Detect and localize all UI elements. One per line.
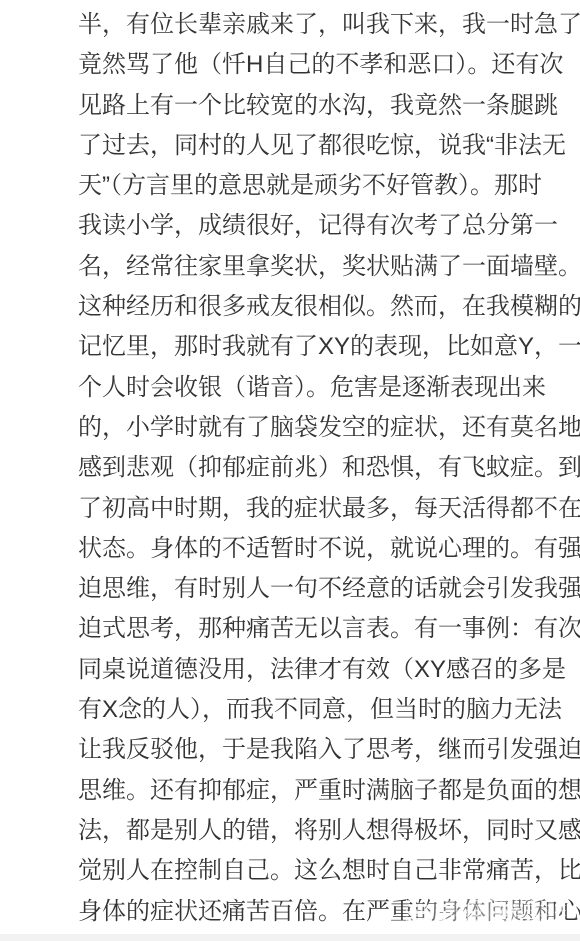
bottom-edge-strip xyxy=(0,934,580,941)
text-line: 同桌说道德没用，法律才有效（XY感召的多是 xyxy=(78,650,580,690)
text-line: 见路上有一个比较宽的水沟，我竟然一条腿跳 xyxy=(78,86,580,126)
text-line: 我读小学，成绩很好，记得有次考了总分第一 xyxy=(78,206,580,246)
reading-page: 半，有位长辈亲戚来了，叫我下来，我一时急了 竟然骂了他（忏H自己的不孝和恶口）。… xyxy=(0,0,580,941)
text-line: 了初高中时期，我的症状最多，每天活得都不在 xyxy=(78,489,580,529)
text-line: 感到悲观（抑郁症前兆）和恐惧，有飞蚊症。到 xyxy=(78,448,580,488)
text-line: 记忆里，那时我就有了XY的表现，比如意Y，一 xyxy=(78,327,580,367)
text-line: 觉别人在控制自己。这么想时自己非常痛苦，比 xyxy=(78,851,580,891)
text-line: 让我反驳他，于是我陷入了思考，继而引发强迫 xyxy=(78,730,580,770)
text-line: 思维。还有抑郁症，严重时满脑子都是负面的想 xyxy=(78,771,580,811)
text-line: 个人时会收银（谐音）。危害是逐渐表现出来 xyxy=(78,368,580,408)
text-line: 迫思维，有时别人一句不经意的话就会引发我强 xyxy=(78,569,580,609)
text-line: 这种经历和很多戒友很相似。然而，在我模糊的 xyxy=(78,287,580,327)
text-line: 天”（方言里的意思就是顽劣不好管教）。那时 xyxy=(78,166,580,206)
text-line: 有X念的人），而我不同意，但当时的脑力无法 xyxy=(78,690,580,730)
text-line: 了过去，同村的人见了都很吃惊，说我“非法无 xyxy=(78,126,580,166)
text-line: 迫式思考，那种痛苦无以言表。有一事例：有次 xyxy=(78,609,580,649)
text-line: 的，小学时就有了脑袋发空的症状，还有莫名地 xyxy=(78,408,580,448)
text-line: 半，有位长辈亲戚来了，叫我下来，我一时急了 xyxy=(78,5,580,45)
text-line: 法，都是别人的错，将别人想得极坏，同时又感 xyxy=(78,811,580,851)
essay-text-block: 半，有位长辈亲戚来了，叫我下来，我一时急了 竟然骂了他（忏H自己的不孝和恶口）。… xyxy=(78,5,580,932)
text-line: 名，经常往家里拿奖状，奖状贴满了一面墙壁。 xyxy=(78,247,580,287)
text-line: 状态。身体的不适暂时不说，就说心理的。有强 xyxy=(78,529,580,569)
text-line: 身体的症状还痛苦百倍。在严重的身体问题和心 xyxy=(78,892,580,932)
text-line: 竟然骂了他（忏H自己的不孝和恶口）。还有次 xyxy=(78,45,580,85)
